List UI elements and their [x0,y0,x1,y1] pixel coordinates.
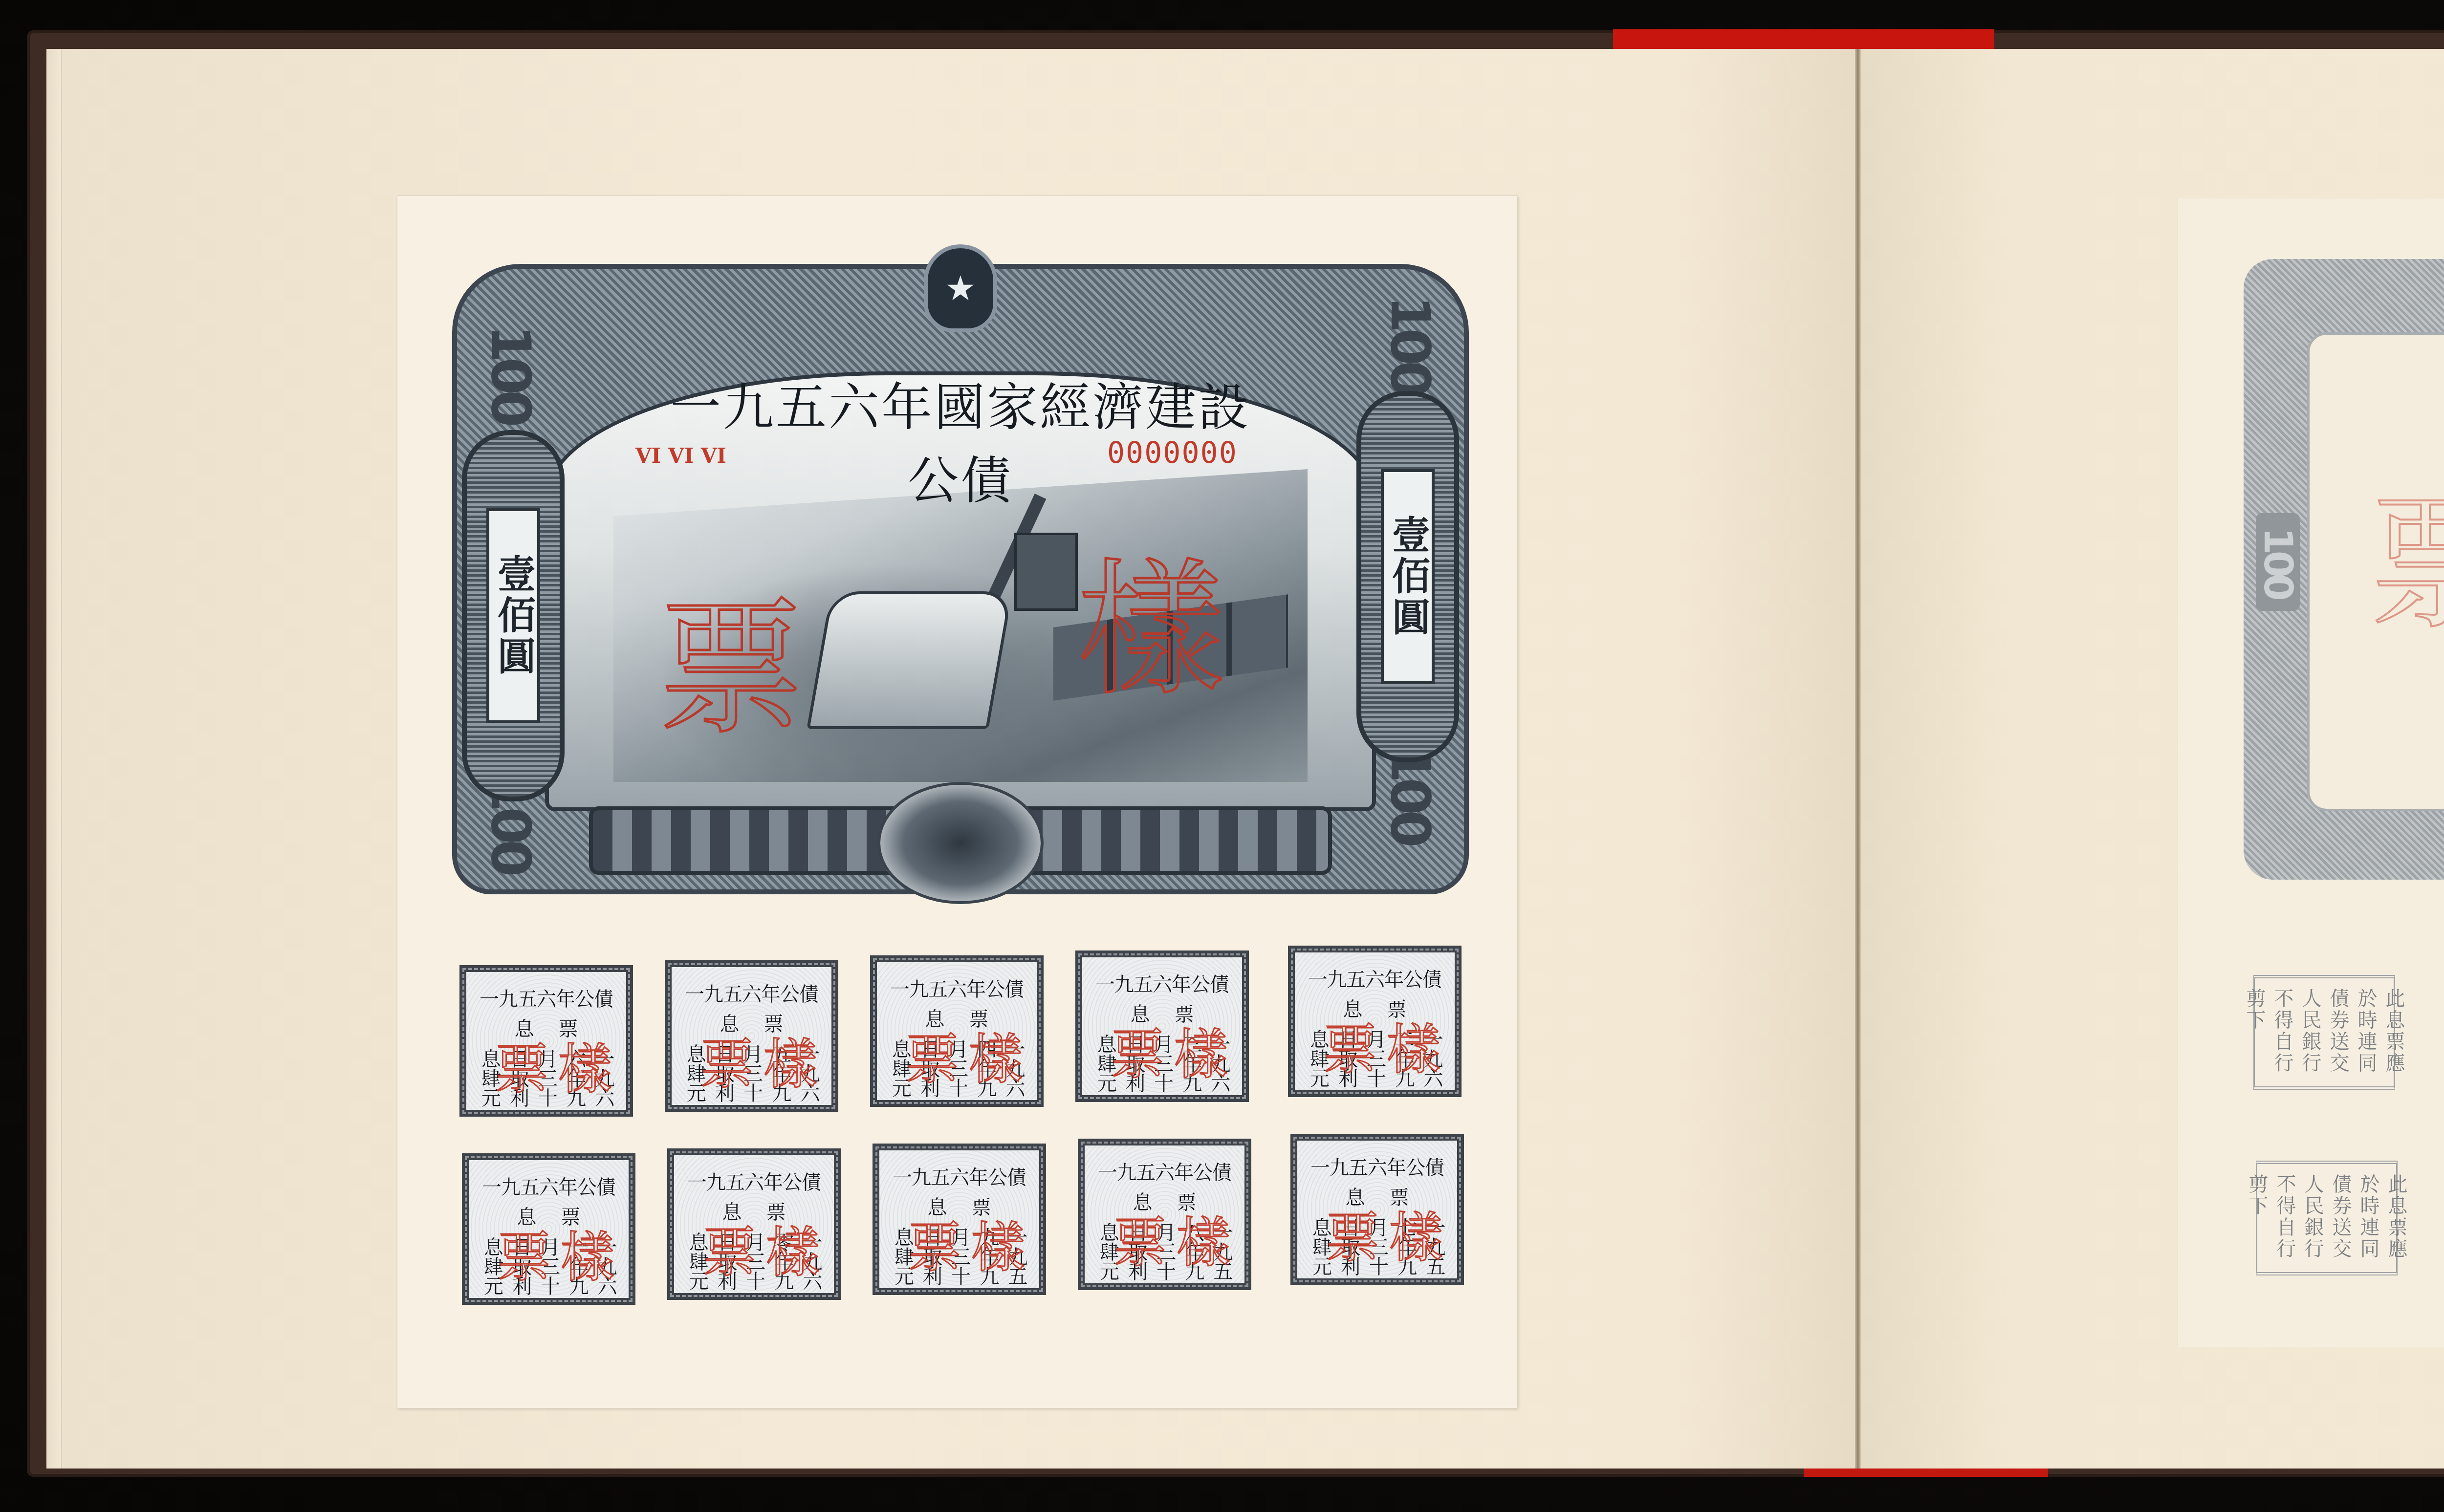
coupon-stamp-yang: 樣 [561,1231,614,1284]
coupon-1964: 一九五六年公債 息票 一九六 四年九 月三十 日取利 息肆元 票 樣 [870,955,1044,1107]
bottom-medallion [877,782,1044,904]
serial-number: 0000000 [1107,436,1238,470]
coupon-text-grid: 一九五 九年九 月三十 日取利 息肆元 票 樣 [888,1223,1030,1290]
coupon-subtitle: 息票 [1091,999,1233,1027]
book-gutter [1855,49,1861,1469]
coupon-text-grid: 一九五 八年九 月三十 日取利 息肆元 票 樣 [1093,1218,1236,1285]
coupon-text-grid: 一九六 六年九 月三十 日取利 息肆元 票 樣 [475,1044,617,1112]
coupon-stamp-yang: 樣 [1174,1028,1228,1081]
coupon-stamp-piao: 票 [1113,1216,1167,1270]
coupon-title: 一九五六年公債 [683,1167,825,1195]
coupon-subtitle: 息票 [1304,994,1446,1022]
coupon-stamp-piao: 票 [1111,1028,1164,1081]
coupon-1957: 一九五六年公債 息票 一九五 七年九 月三十 日取利 息肆元 票 樣 [1290,1134,1464,1285]
coupon-text-grid: 一九六 五年九 月三十 日取利 息肆元 票 樣 [680,1039,823,1107]
coupon-title: 一九五六年公債 [1306,1152,1448,1180]
specimen-stamp-piao: 票 [657,596,804,743]
coupon-stamp-yang: 樣 [766,1226,820,1279]
coupon-subtitle: 息票 [683,1197,825,1225]
coupon-subtitle: 息票 [1306,1182,1448,1210]
denomination-left: 壹佰圓 [492,554,534,677]
coupon-subtitle: 息票 [475,1014,617,1041]
coupon-subtitle: 息票 [680,1009,823,1037]
coupon-1959: 一九五六年公債 息票 一九五 九年九 月三十 日取利 息肆元 票 樣 [873,1144,1046,1295]
coupon-stamp-yang: 樣 [1177,1216,1230,1270]
coupon-stamp-piao: 票 [1323,1023,1377,1077]
back-value-left: 100 [2256,513,2300,611]
coupon-title: 一九五六年公債 [1304,964,1446,992]
left-page-edge [46,49,62,1469]
coupon-1963: 一九五六年公債 息票 一九六 三年九 月三十 日取利 息肆元 票 樣 [1075,950,1249,1102]
coupon-title: 一九五六年公債 [888,1162,1030,1190]
coupon-stamp-piao: 票 [905,1033,959,1086]
back-text-field: 一九五六年國家經濟建設公債條例 第一條 中華人民共和國為加速國家經濟建設，逐步提… [2307,332,2444,811]
coupon-stamp-yang: 樣 [1389,1211,1443,1265]
coupon-text-grid: 一九六 一年九 月三十 日取利 息肆元 票 樣 [478,1232,620,1300]
coupon-stamp-piao: 票 [700,1037,754,1091]
coupon-title: 一九五六年公債 [886,974,1028,1002]
coupon-text-grid: 一九六 四年九 月三十 日取利 息肆元 票 樣 [886,1035,1028,1102]
coupon-back: 此息票應於時連同債券送交人民銀行不得自行剪下 [2253,975,2395,1090]
coupon-stamp-yang: 樣 [1387,1023,1440,1077]
coupon-1966: 一九五六年公債 息票 一九六 六年九 月三十 日取利 息肆元 票 樣 [459,965,633,1117]
coupon-stamp-piao: 票 [497,1231,551,1284]
coupon-stamp-yang: 樣 [558,1042,612,1096]
national-emblem-icon: ★ [924,244,997,332]
coupon-1958: 一九五六年公債 息票 一九五 八年九 月三十 日取利 息肆元 票 樣 [1078,1139,1251,1290]
coupon-text-grid: 一九六 二年九 月三十 日取利 息肆元 票 樣 [1304,1025,1446,1092]
excavator-body [807,591,1013,729]
right-denomination-cartouche: 壹佰圓 [1381,469,1435,684]
coupon-1960: 一九五六年公債 息票 一九六 零年九 月三十 日取利 息肆元 票 樣 [667,1148,841,1300]
coupon-back-text: 此息票應於時連同債券送交人民銀行不得自行剪下 [2241,988,2408,1077]
bond-face: 100 100 100 100 ★ 一九五六年國家經濟建設公債 VI VI VI… [452,244,1469,914]
coupon-stamp-yang: 樣 [969,1033,1023,1086]
coupon-stamp-piao: 票 [908,1221,961,1274]
coupon-title: 一九五六年公債 [478,1172,620,1200]
coupon-subtitle: 息票 [888,1192,1030,1220]
coupon-title: 一九五六年公債 [1093,1157,1236,1185]
series-code: VI VI VI [635,444,726,468]
specimen-stamp-yang: 樣 [1078,557,1224,704]
denomination-right: 壹佰圓 [1387,515,1429,638]
coupon-stamp-piao: 票 [495,1042,548,1096]
coupon-1961: 一九五六年公債 息票 一九六 一年九 月三十 日取利 息肆元 票 樣 [462,1153,635,1305]
coupon-title: 一九五六年公債 [680,979,823,1007]
coupon-title: 一九五六年公債 [475,984,617,1012]
coupon-stamp-piao: 票 [702,1226,756,1279]
coupon-stamp-piao: 票 [1326,1211,1379,1265]
coupon-stamp-yang: 樣 [764,1037,817,1091]
coupon-stamp-yang: 樣 [971,1221,1025,1274]
coupon-1965: 一九五六年公債 息票 一九六 五年九 月三十 日取利 息肆元 票 樣 [665,960,838,1112]
coupon-back: 此息票應於時連同債券送交人民銀行不得自行剪下 [2256,1161,2398,1275]
coupon-subtitle: 息票 [886,1004,1028,1032]
bond-back: 100 100 一九五六年國家經濟建設公債條例 第一條 中華人民共和國為加速國家… [2244,259,2444,880]
coupon-subtitle: 息票 [478,1202,620,1230]
back-stamp-piao: 票 [2368,491,2444,638]
coupon-back-text: 此息票應於時連同債券送交人民銀行不得自行剪下 [2243,1174,2410,1262]
coupon-1962: 一九五六年公債 息票 一九六 二年九 月三十 日取利 息肆元 票 樣 [1288,946,1462,1097]
left-denomination-panel: 壹佰圓 [462,430,565,801]
excavator-bucket [1014,533,1078,611]
coupon-subtitle: 息票 [1093,1187,1236,1215]
coupon-text-grid: 一九六 三年九 月三十 日取利 息肆元 票 樣 [1091,1030,1233,1097]
coupon-text-grid: 一九六 零年九 月三十 日取利 息肆元 票 樣 [683,1228,825,1295]
left-denomination-cartouche: 壹佰圓 [486,508,540,723]
right-denomination-panel: 壹佰圓 [1356,391,1459,762]
coupon-title: 一九五六年公債 [1091,969,1233,997]
coupon-text-grid: 一九五 七年九 月三十 日取利 息肆元 票 樣 [1306,1213,1448,1280]
